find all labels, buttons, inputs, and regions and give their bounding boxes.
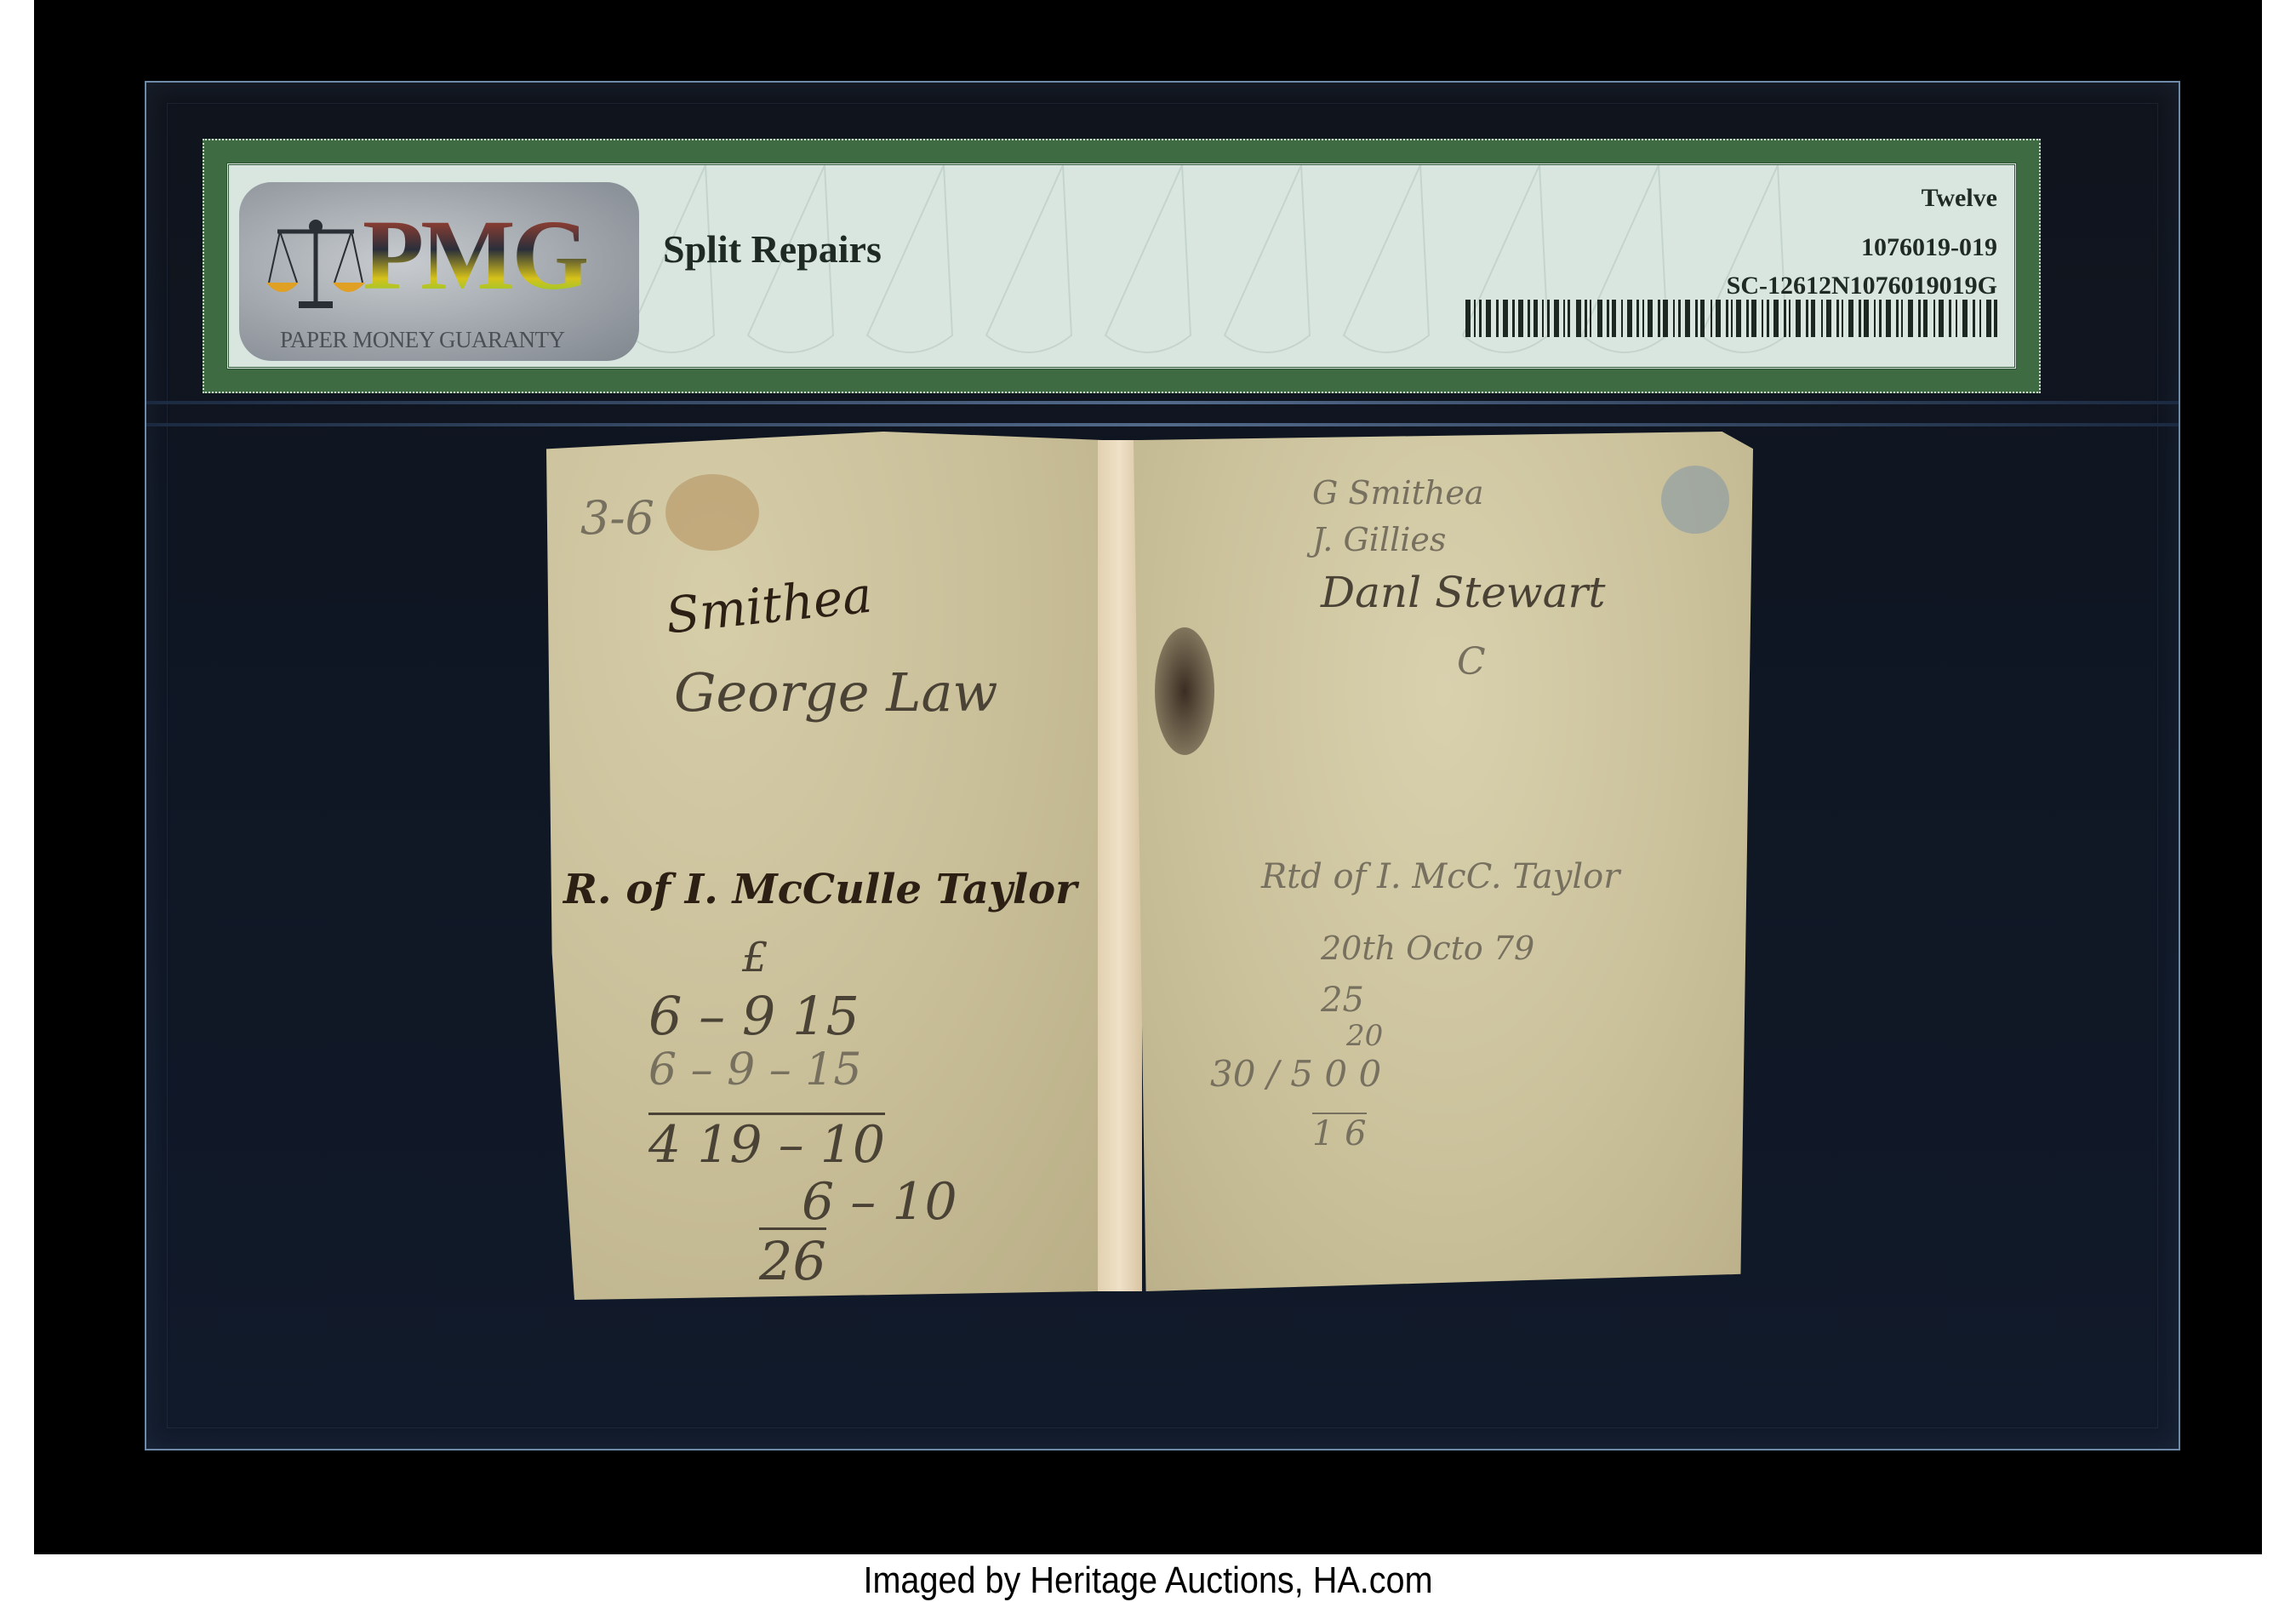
- handwriting-right-4: Rtd of I. McC. Taylor: [1261, 857, 1619, 896]
- note-left-panel: 3-6 Smithea George Law R. of I. McCulle …: [546, 432, 1108, 1300]
- grading-label: PMG PAPER MONEY GUARANTY Split Repairs T…: [203, 139, 2041, 393]
- handwriting-left-1: Smithea: [663, 565, 875, 644]
- handwriting-left-4: £: [742, 934, 768, 981]
- note-right-panel: G Smithea J. Gillies Danl Stewart C Rtd …: [1134, 432, 1753, 1291]
- handwriting-left-0: 3-6: [580, 491, 654, 545]
- holder-ridge-top: [146, 401, 2179, 404]
- pmg-logo-text: PMG: [363, 197, 586, 313]
- handwriting-right-2: Danl Stewart: [1321, 568, 1606, 617]
- handwriting-left-5: 6 – 9 15: [648, 985, 860, 1047]
- handwriting-left-8: 6 – 10: [802, 1172, 957, 1232]
- balance-scale-icon: [265, 216, 367, 314]
- handwriting-right-9: 1 6: [1312, 1113, 1367, 1153]
- foxing-stain: [665, 474, 759, 551]
- pmg-logo: PMG PAPER MONEY GUARANTY: [239, 182, 639, 361]
- handwriting-right-6: 25: [1321, 981, 1364, 1020]
- pmg-logo-subtitle: PAPER MONEY GUARANTY: [280, 327, 565, 353]
- handwriting-right-8: 30 / 5 0 0: [1210, 1053, 1381, 1095]
- holder-ridge-bottom: [146, 423, 2179, 426]
- handwriting-right-3: C: [1457, 640, 1486, 684]
- ink-blot: [1155, 627, 1214, 755]
- banknote-back: 3-6 Smithea George Law R. of I. McCulle …: [546, 432, 1753, 1300]
- handwriting-left-3: R. of I. McCulle Taylor: [563, 866, 1077, 913]
- catalog-code: SC-12612N1076019019G: [1727, 272, 1997, 300]
- grade-text: Twelve: [1727, 184, 1997, 213]
- image-credit: Imaged by Heritage Auctions, HA.com: [115, 1559, 2181, 1602]
- handwriting-left-9: 26: [759, 1227, 826, 1292]
- handwriting-right-5: 20th Octo 79: [1321, 930, 1534, 967]
- handwriting-right-7: 20: [1346, 1019, 1383, 1053]
- label-comment: Split Repairs: [663, 226, 882, 272]
- label-face: PMG PAPER MONEY GUARANTY Split Repairs T…: [226, 163, 2017, 369]
- handwriting-right-1: J. Gillies: [1312, 521, 1446, 558]
- handwriting-left-7: 4 19 – 10: [648, 1113, 885, 1175]
- handwriting-left-2: George Law: [674, 661, 997, 724]
- handwriting-right-0: G Smithea: [1312, 474, 1484, 512]
- cert-number: 1076019-019: [1727, 233, 1997, 262]
- label-right-column: Twelve 1076019-019 SC-12612N1076019019G: [1727, 184, 1997, 300]
- handwriting-left-6: 6 – 9 – 15: [648, 1044, 861, 1096]
- blue-stain: [1661, 466, 1729, 534]
- barcode-icon: [1465, 300, 1997, 337]
